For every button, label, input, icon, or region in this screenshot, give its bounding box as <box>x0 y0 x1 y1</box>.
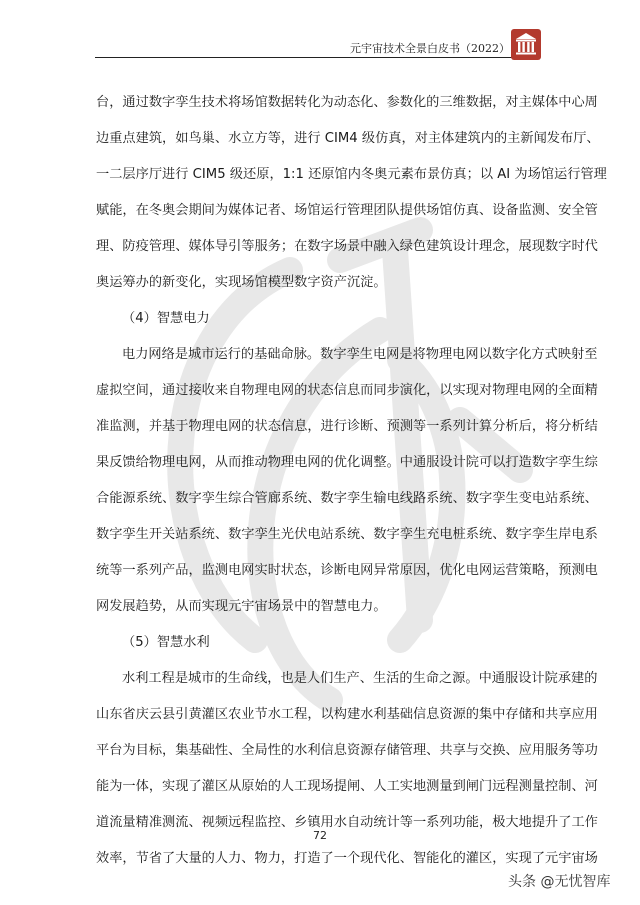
paragraph-line: 平台为目标，集基础性、全局性的水利信息资源存储管理、共享与交换、应用服务等功 <box>96 733 548 769</box>
paragraph-line: 效率，节省了大量的人力、物力，打造了一个现代化、智能化的灌区，实现了元宇宙场 <box>96 841 548 877</box>
paragraph-line: 台，通过数字孪生技术将场馆数据转化为动态化、参数化的三维数据，对主媒体中心周 <box>96 85 548 121</box>
page-number: 72 <box>313 829 327 842</box>
paragraph-line: 理、防疫管理、媒体导引等服务；在数字场景中融入绿色建筑设计理念，展现数字时代 <box>96 229 548 265</box>
source-watermark: 头条 @无忧智库 <box>508 871 610 891</box>
paragraph-line: 准监测，并基于物理电网的状态信息，进行诊断、预测等一系列计算分析后，将分析结 <box>96 409 548 445</box>
paragraph-line: 奥运筹办的新变化，实现场馆模型数字资产沉淀。 <box>96 265 548 301</box>
paragraph-line: 数字孪生开关站系统、数字孪生光伏电站系统、数字孪生充电桩系统、数字孪生岸电系 <box>96 517 548 553</box>
section-heading-smart-power: （4）智慧电力 <box>96 301 548 337</box>
paragraph-line: 一二层序厅进行 CIM5 级还原，1:1 还原馆内冬奥元素布景仿真；以 AI 为… <box>96 157 548 193</box>
section-heading-smart-water: （5）智慧水利 <box>96 625 548 661</box>
paragraph-line: 边重点建筑，如鸟巢、水立方等，进行 CIM4 级仿真，对主体建筑内的主新闻发布厅… <box>96 121 548 157</box>
paragraph-line: 水利工程是城市的生命线，也是人们生产、生活的生命之源。中通服设计院承建的 <box>96 661 548 697</box>
document-header-title: 元宇宙技术全景白皮书（2022） <box>350 40 510 56</box>
document-body: 台，通过数字孪生技术将场馆数据转化为动态化、参数化的三维数据，对主媒体中心周 边… <box>96 85 548 877</box>
paragraph-line: 能为一体，实现了灌区从原始的人工现场提闸、人工实地测量到闸门远程测量控制、河 <box>96 769 548 805</box>
classical-building-icon <box>511 29 541 60</box>
paragraph-line: 赋能，在冬奥会期间为媒体记者、场馆运行管理团队提供场馆仿真、设备监测、安全管 <box>96 193 548 229</box>
paragraph-line: 虚拟空间，通过接收来自物理电网的状态信息而同步演化，以实现对物理电网的全面精 <box>96 373 548 409</box>
paragraph-line: 合能源系统、数字孪生综合管廊系统、数字孪生输电线路系统、数字孪生变电站系统、 <box>96 481 548 517</box>
paragraph-line: 统等一系列产品，监测电网实时状态，诊断电网异常原因，优化电网运营策略，预测电 <box>96 553 548 589</box>
paragraph-line: 山东省庆云县引黄灌区农业节水工程，以构建水利基础信息资源的集中存储和共享应用 <box>96 697 548 733</box>
paragraph-line: 电力网络是城市运行的基础命脉。数字孪生电网是将物理电网以数字化方式映射至 <box>96 337 548 373</box>
paragraph-line: 网发展趋势，从而实现元宇宙场景中的智慧电力。 <box>96 589 548 625</box>
paragraph-line: 果反馈给物理电网，从而推动物理电网的优化调整。中通服设计院可以打造数字孪生综 <box>96 445 548 481</box>
header-divider <box>95 57 515 58</box>
